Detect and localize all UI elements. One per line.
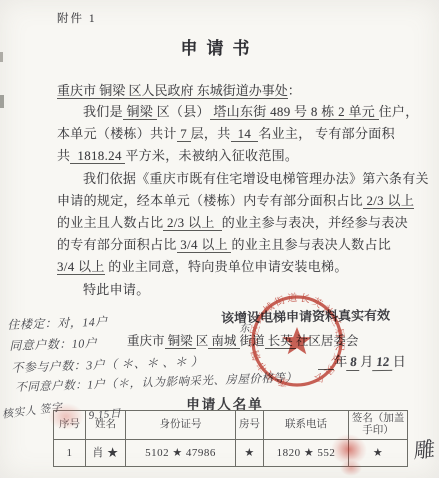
scan-artifact: [0, 52, 3, 62]
text-segment: 2/3 以上: [363, 193, 414, 209]
text-segment: 月: [360, 354, 373, 369]
handwritten-date-note: 9.15日: [88, 405, 122, 423]
text-segment: 平方米，未被纳入征收范围。: [125, 148, 298, 163]
column-header: 身份证号: [126, 411, 236, 440]
text-segment: ：: [288, 83, 301, 98]
text-segment: 区（县）: [157, 104, 210, 119]
table-cell: 1820 ★ 552: [264, 440, 349, 467]
text-segment: 铜梁: [123, 104, 157, 120]
table-row: 1肖 ★5102 ★ 47986★1820 ★ 552★: [54, 440, 408, 467]
column-header: 房号: [236, 411, 264, 440]
text-segment: 本单元（楼栋）共计: [57, 126, 177, 141]
text-segment: 特此申请。: [83, 282, 150, 297]
table-cell: 1: [54, 440, 86, 467]
text-segment: 14: [231, 126, 259, 142]
text-segment: 日: [393, 354, 406, 369]
text-segment: 3/4 以上: [177, 237, 232, 253]
body-line: 的专有部分面积占比 3/4 以上 的业主且参与表决人数占比: [57, 234, 401, 256]
body-line: 申请的规定，经本单元（楼栋）内专有部分面积占比 2/3 以上: [57, 190, 401, 212]
text-segment: 重庆市: [127, 334, 165, 348]
text-segment: 1818.24: [70, 148, 125, 164]
text-segment: 7: [177, 126, 191, 142]
text-segment: 层，共: [191, 126, 231, 141]
stamp-star-icon: [282, 327, 311, 354]
handwritten-signature: 雕: [413, 433, 436, 465]
text-segment: 3/4 以上: [57, 259, 105, 275]
text-segment: 重庆市 铜梁 区人民政府 东城街道办事处: [57, 83, 288, 99]
text-segment: 我们是: [83, 104, 123, 119]
text-segment: 的专有部分面积占比: [57, 237, 177, 252]
body-line: 我们依据《重庆市既有住宅增设电梯管理办法》第六条有关: [57, 168, 401, 190]
page-title: 申请书: [0, 34, 439, 59]
handwritten-note-total-households: 住楼定：对，14户: [7, 312, 108, 332]
text-segment: 区: [196, 334, 209, 348]
table-cell: 肖 ★: [86, 440, 126, 467]
text-segment: 的业主且人数占比: [57, 215, 163, 230]
text-segment: 共: [57, 148, 70, 163]
text-segment: 铜梁: [165, 334, 196, 349]
text-segment: 住户，: [379, 104, 419, 119]
community-committee-stamp: 重庆市铜梁区东城街道长英社区居民委员会: [242, 286, 352, 396]
body-line: 3/4 以上 的业主同意，特向贵单位申请安装电梯。: [57, 256, 401, 278]
body-line: 本单元（楼栋）共计 7 层，共 14 名业主， 专有部分面积: [57, 123, 401, 145]
text-segment: 12: [372, 354, 393, 371]
body-line: 共 1818.24 平方米，未被纳入征收范围。: [57, 145, 401, 167]
salutation-line: 重庆市 铜梁 区人民政府 东城街道办事处：: [57, 80, 301, 99]
scanned-application-document: 附件 1 申请书 重庆市 铜梁 区人民政府 东城街道办事处： 我们是 铜梁 区（…: [0, 0, 439, 478]
text-segment: 的业主且参与表决人数占比: [231, 237, 391, 252]
table-cell: ★: [349, 440, 408, 467]
text-segment: 申请的规定，经本单元（楼栋）内专有部分面积占比: [57, 193, 363, 208]
attachment-label: 附件 1: [57, 10, 97, 26]
text-segment: 的业主同意，特向贵单位申请安装电梯。: [105, 259, 348, 274]
text-segment: 名业主， 专有部分面积: [258, 126, 395, 141]
body-line: 的业主且人数占比 2/3 以上 的业主参与表决，并经参与表决: [57, 212, 401, 234]
text-segment: 2/3 以上: [163, 215, 221, 231]
text-segment: 我们依据《重庆市既有住宅增设电梯管理办法》第六条有关: [83, 171, 429, 186]
column-header: 联系电话: [264, 411, 349, 440]
text-segment: 南城: [208, 334, 239, 349]
body-line: 我们是 铜梁 区（县） 塔山东街 489 号 8 栋 2 单元 住户，: [57, 101, 401, 123]
table-cell: ★: [236, 440, 264, 467]
body-paragraph: 我们是 铜梁 区（县） 塔山东街 489 号 8 栋 2 单元 住户，本单元（楼…: [57, 101, 401, 301]
text-segment: 的业主参与表决，并经参与表决: [222, 215, 408, 230]
column-header: 签名（加盖手印）: [349, 411, 408, 440]
table-cell: 5102 ★ 47986: [126, 440, 236, 467]
handwritten-note-agree-count: 同意户数：10户: [9, 334, 98, 354]
scan-artifact: [0, 95, 4, 108]
text-segment: 塔山东街 489 号 8 栋 2 单元: [210, 104, 379, 120]
